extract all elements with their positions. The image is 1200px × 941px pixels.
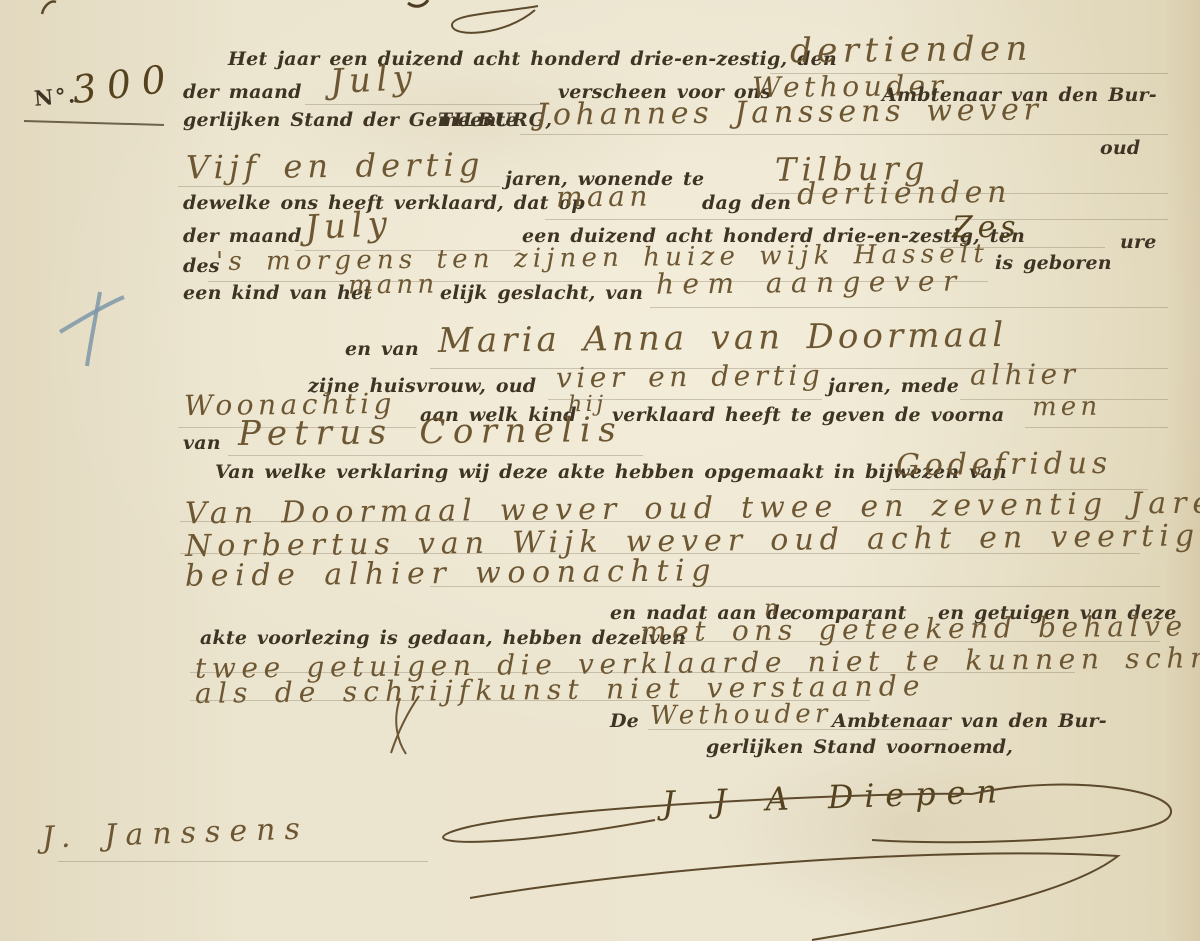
record-number-value: 300 (70, 56, 179, 112)
printed-witness-statement: Van welke verklaring wij deze akte hebbe… (215, 461, 1007, 483)
printed-child-a: een kind van het (183, 282, 372, 304)
written-men-suffix: men (1032, 392, 1102, 423)
ruled-line (178, 427, 416, 428)
written-weekday: maan (556, 179, 652, 213)
blue-cross-mark (60, 297, 124, 332)
printed-dag-den: dag den (702, 192, 791, 214)
stray-curl-top (452, 6, 538, 33)
stray-stroke-top (408, 0, 428, 6)
stray-stroke-top-left (42, 2, 56, 14)
written-mother-age: vier en dertig (556, 359, 825, 395)
ruled-line (295, 250, 520, 251)
written-birth-month: July (304, 204, 393, 249)
signature-declarant: J. Janssens (41, 811, 309, 855)
printed-names-phrase: verklaard heeft te geven de voorna (612, 404, 1004, 426)
printed-child-b: elijk geslacht, van (440, 282, 643, 304)
ruled-line (190, 672, 1075, 673)
written-closing-official: Wethouder (650, 699, 832, 731)
ruled-line (770, 73, 1168, 74)
written-witnesses-residence: beide alhier woonachtig (185, 553, 717, 594)
ruled-line (765, 193, 1168, 194)
ruled-line (305, 104, 550, 105)
blue-cross-mark (87, 292, 100, 366)
printed-oud: oud (1100, 137, 1140, 159)
ruled-line (228, 455, 643, 456)
ruled-line (180, 553, 1140, 554)
printed-year-phrase: Het jaar een duizend acht honderd drie-e… (228, 48, 837, 70)
written-act-day: dertienden (790, 29, 1033, 72)
ruled-line (178, 186, 500, 187)
ruled-line (430, 586, 1160, 587)
ruled-line (548, 399, 822, 400)
written-declarant-age: Vijf en dertig (186, 145, 485, 186)
written-witness1-name: Godefridus (896, 446, 1112, 483)
ruled-line (890, 489, 1148, 490)
ruled-line (960, 399, 1168, 400)
signature-flourish (470, 853, 1118, 940)
printed-is-geboren: is geboren (995, 252, 1112, 274)
printed-jaren-mede: jaren, mede (828, 375, 959, 397)
written-act-month: July (329, 58, 418, 103)
printed-month-label-2: der maand (183, 225, 302, 247)
written-declarant-name: Johannes Janssens wever (536, 92, 1043, 132)
printed-month-label: der maand (183, 81, 302, 103)
printed-van: van (183, 432, 221, 454)
printed-read-d: akte voorlezing is gedaan, hebben dezelv… (200, 627, 686, 649)
written-gender: mann (348, 270, 439, 301)
ruled-line (58, 861, 428, 862)
birth-record-scan: N°. 300 Het jaar een duizend acht honder… (0, 0, 1200, 941)
record-number-underline (24, 120, 164, 126)
ruled-line (648, 729, 948, 730)
ruled-line (940, 247, 1105, 248)
ruled-line (430, 368, 1168, 369)
printed-des: des (183, 255, 220, 277)
ruled-line (1025, 427, 1168, 428)
printed-en-van: en van (345, 338, 419, 360)
signature-official: J J A Diepen (661, 772, 1008, 822)
ruled-line (635, 641, 1160, 642)
ruled-line (190, 700, 870, 701)
ruled-line (180, 521, 1140, 522)
written-of-whom: hem aangever (656, 264, 965, 300)
ruled-line (520, 134, 1168, 135)
ruled-line (545, 219, 1168, 220)
ruled-line (650, 307, 1168, 308)
printed-closing-officer-b: gerlijken Stand voornoemd, (706, 736, 1013, 758)
ruled-line (208, 281, 988, 282)
printed-de: De (610, 710, 639, 732)
printed-ure: ure (1120, 231, 1157, 253)
written-mother-name: Maria Anna van Doormaal (438, 315, 1008, 361)
written-child-names: Petrus Cornelis (238, 410, 624, 454)
written-alhier: alhier (970, 357, 1080, 391)
